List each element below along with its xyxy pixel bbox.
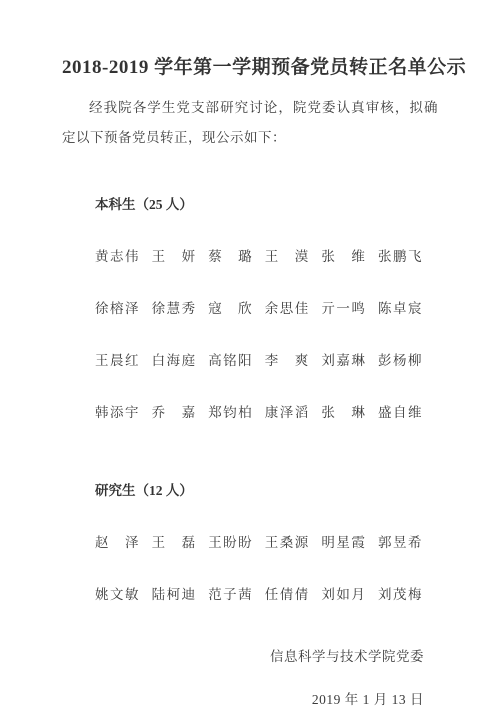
person-name: 赵 泽: [95, 517, 140, 569]
section-heading-undergraduate: 本科生（25 人）: [95, 179, 423, 231]
name-list-content: 本科生（25 人） 黄志伟王 妍蔡 璐王 漠张 维张鹏飞徐榕泽徐慧秀寇 欣余思佳…: [62, 179, 438, 621]
graduate-name-rows: 赵 泽王 磊王盼盼王桑源明星霞郭昱希姚文敏陆柯迪范子茜任倩倩刘如月刘茂梅: [95, 517, 423, 621]
section-heading-graduate: 研究生（12 人）: [95, 465, 423, 517]
person-name: 彭杨柳: [378, 335, 423, 387]
name-row: 赵 泽王 磊王盼盼王桑源明星霞郭昱希: [95, 517, 423, 569]
person-name: 刘茂梅: [378, 569, 423, 621]
person-name: 韩添宇: [95, 387, 140, 439]
name-row: 姚文敏陆柯迪范子茜任倩倩刘如月刘茂梅: [95, 569, 423, 621]
document-date: 2019 年 1 月 13 日: [62, 688, 438, 708]
person-name: 陆柯迪: [152, 569, 197, 621]
person-name: 刘如月: [321, 569, 366, 621]
person-name: 范子茜: [208, 569, 253, 621]
person-name: 徐慧秀: [152, 283, 197, 335]
person-name: 康泽滔: [265, 387, 310, 439]
person-name: 张 琳: [321, 387, 366, 439]
person-name: 陈卓宸: [378, 283, 423, 335]
person-name: 余思佳: [265, 283, 310, 335]
person-name: 亓一鸣: [321, 283, 366, 335]
person-name: 王晨红: [95, 335, 140, 387]
person-name: 郭昱希: [378, 517, 423, 569]
person-name: 乔 嘉: [152, 387, 197, 439]
person-name: 姚文敏: [95, 569, 140, 621]
person-name: 徐榕泽: [95, 283, 140, 335]
person-name: 任倩倩: [265, 569, 310, 621]
person-name: 张 维: [321, 231, 366, 283]
name-row: 王晨红白海庭高铭阳李 爽刘嘉琳彭杨柳: [95, 335, 423, 387]
signature-committee: 信息科学与技术学院党委: [62, 645, 438, 665]
person-name: 盛自维: [378, 387, 423, 439]
person-name: 寇 欣: [208, 283, 253, 335]
person-name: 王盼盼: [208, 517, 253, 569]
intro-paragraph: 经我院各学生党支部研究讨论，院党委认真审核，拟确定以下预备党员转正，现公示如下：: [62, 93, 438, 153]
document-title: 2018-2019 学年第一学期预备党员转正名单公示: [62, 52, 438, 79]
person-name: 高铭阳: [208, 335, 253, 387]
section-graduate: 研究生（12 人） 赵 泽王 磊王盼盼王桑源明星霞郭昱希姚文敏陆柯迪范子茜任倩倩…: [95, 465, 423, 621]
person-name: 白海庭: [152, 335, 197, 387]
person-name: 明星霞: [321, 517, 366, 569]
undergraduate-name-rows: 黄志伟王 妍蔡 璐王 漠张 维张鹏飞徐榕泽徐慧秀寇 欣余思佳亓一鸣陈卓宸王晨红白…: [95, 231, 423, 439]
person-name: 黄志伟: [95, 231, 140, 283]
section-undergraduate: 本科生（25 人） 黄志伟王 妍蔡 璐王 漠张 维张鹏飞徐榕泽徐慧秀寇 欣余思佳…: [95, 179, 423, 439]
person-name: 王 磊: [152, 517, 197, 569]
person-name: 郑钧柏: [208, 387, 253, 439]
name-row: 韩添宇乔 嘉郑钧柏康泽滔张 琳盛自维: [95, 387, 423, 439]
name-row: 黄志伟王 妍蔡 璐王 漠张 维张鹏飞: [95, 231, 423, 283]
person-name: 王 漠: [265, 231, 310, 283]
person-name: 王桑源: [265, 517, 310, 569]
person-name: 李 爽: [265, 335, 310, 387]
person-name: 蔡 璐: [208, 231, 253, 283]
person-name: 张鹏飞: [378, 231, 423, 283]
name-row: 徐榕泽徐慧秀寇 欣余思佳亓一鸣陈卓宸: [95, 283, 423, 335]
document-page: 2018-2019 学年第一学期预备党员转正名单公示 经我院各学生党支部研究讨论…: [0, 0, 500, 707]
person-name: 刘嘉琳: [321, 335, 366, 387]
person-name: 王 妍: [152, 231, 197, 283]
